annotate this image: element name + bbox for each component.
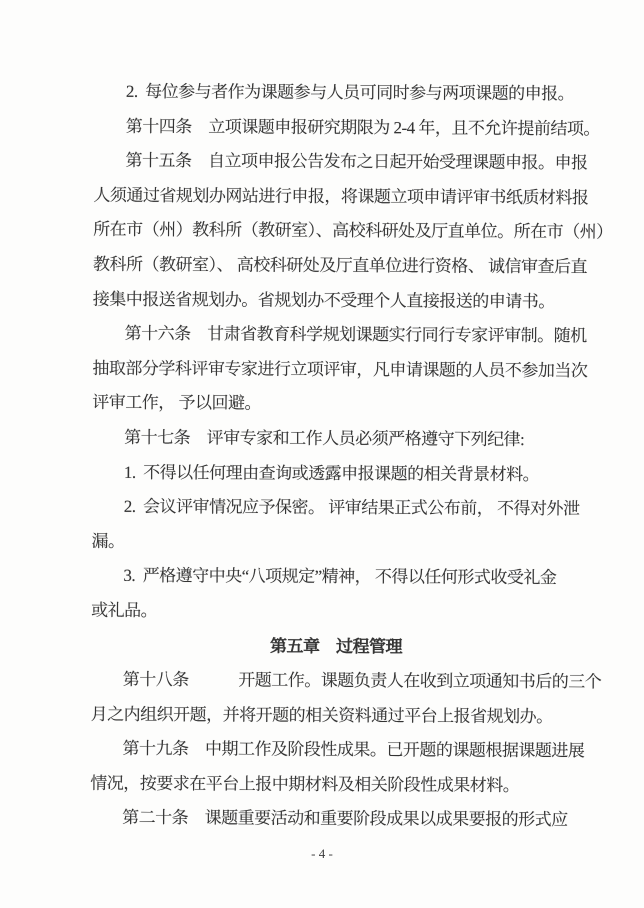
text-line: 所在市（州）教科所（教研室）、高校科研处及厅直单位。所在市（州） <box>93 213 583 250</box>
text-line: 第十九条 中期工作及阶段性成果。已开题的课题根据课题进展 <box>90 732 580 769</box>
text-line: 1. 不得以任何理由查询或透露申报课题的相关背景材料。 <box>92 455 582 492</box>
text-line: 月之内组织开题，并将开题的相关资料通过平台上报省规划办。 <box>91 697 581 734</box>
document-page: 2. 每位参与者作为课题参与人员可同时参与两项课题的申报。 第十四条 立项课题申… <box>0 0 644 908</box>
page-content: 2. 每位参与者作为课题参与人员可同时参与两项课题的申报。 第十四条 立项课题申… <box>90 75 584 839</box>
text-line: 第十四条 立项课题申报研究期限为 2-4 年，且不允许提前结项。 <box>94 109 584 146</box>
text-line: 漏。 <box>91 524 581 561</box>
text-line: 3. 严格遵守中央“八项规定”精神， 不得以任何形式收受礼金 <box>91 559 581 596</box>
text-line: 2. 会议评审情况应予保密。 评审结果正式公布前， 不得对外泄 <box>92 490 582 527</box>
chapter-heading: 第五章 过程管理 <box>91 628 581 665</box>
text-line: 评审工作， 予以回避。 <box>92 386 582 423</box>
text-line: 第十八条 开题工作。课题负责人在收到立项通知书后的三个 <box>91 663 581 700</box>
text-line: 或礼品。 <box>91 594 581 631</box>
page-number: - 4 - <box>0 845 644 863</box>
text-line: 第十六条 甘肃省教育科学规划课题实行同行专家评审制。随机 <box>93 317 583 354</box>
text-line: 第十七条 评审专家和工作人员必须严格遵守下列纪律: <box>92 421 582 458</box>
text-line: 抽取部分学科评审专家进行立项评审，凡申请课题的人员不参加当次 <box>92 351 582 388</box>
text-line: 第十五条 自立项申报公告发布之日起开始受理课题申报。申报 <box>93 144 583 181</box>
text-line: 情况，按要求在平台上报中期材料及相关阶段性成果材料。 <box>90 767 580 804</box>
text-line: 2. 每位参与者作为课题参与人员可同时参与两项课题的申报。 <box>94 75 584 112</box>
text-line: 人须通过省规划办网站进行申报，将课题立项申请评审书纸质材料报 <box>93 179 583 216</box>
text-line: 第二十条 课题重要活动和重要阶段成果以成果要报的形式应 <box>90 801 580 838</box>
text-line: 教科所（教研室）、 高校科研处及厅直单位进行资格、 诚信审查后直 <box>93 248 583 285</box>
text-line: 接集中报送省规划办。省规划办不受理个人直接报送的申请书。 <box>93 282 583 319</box>
